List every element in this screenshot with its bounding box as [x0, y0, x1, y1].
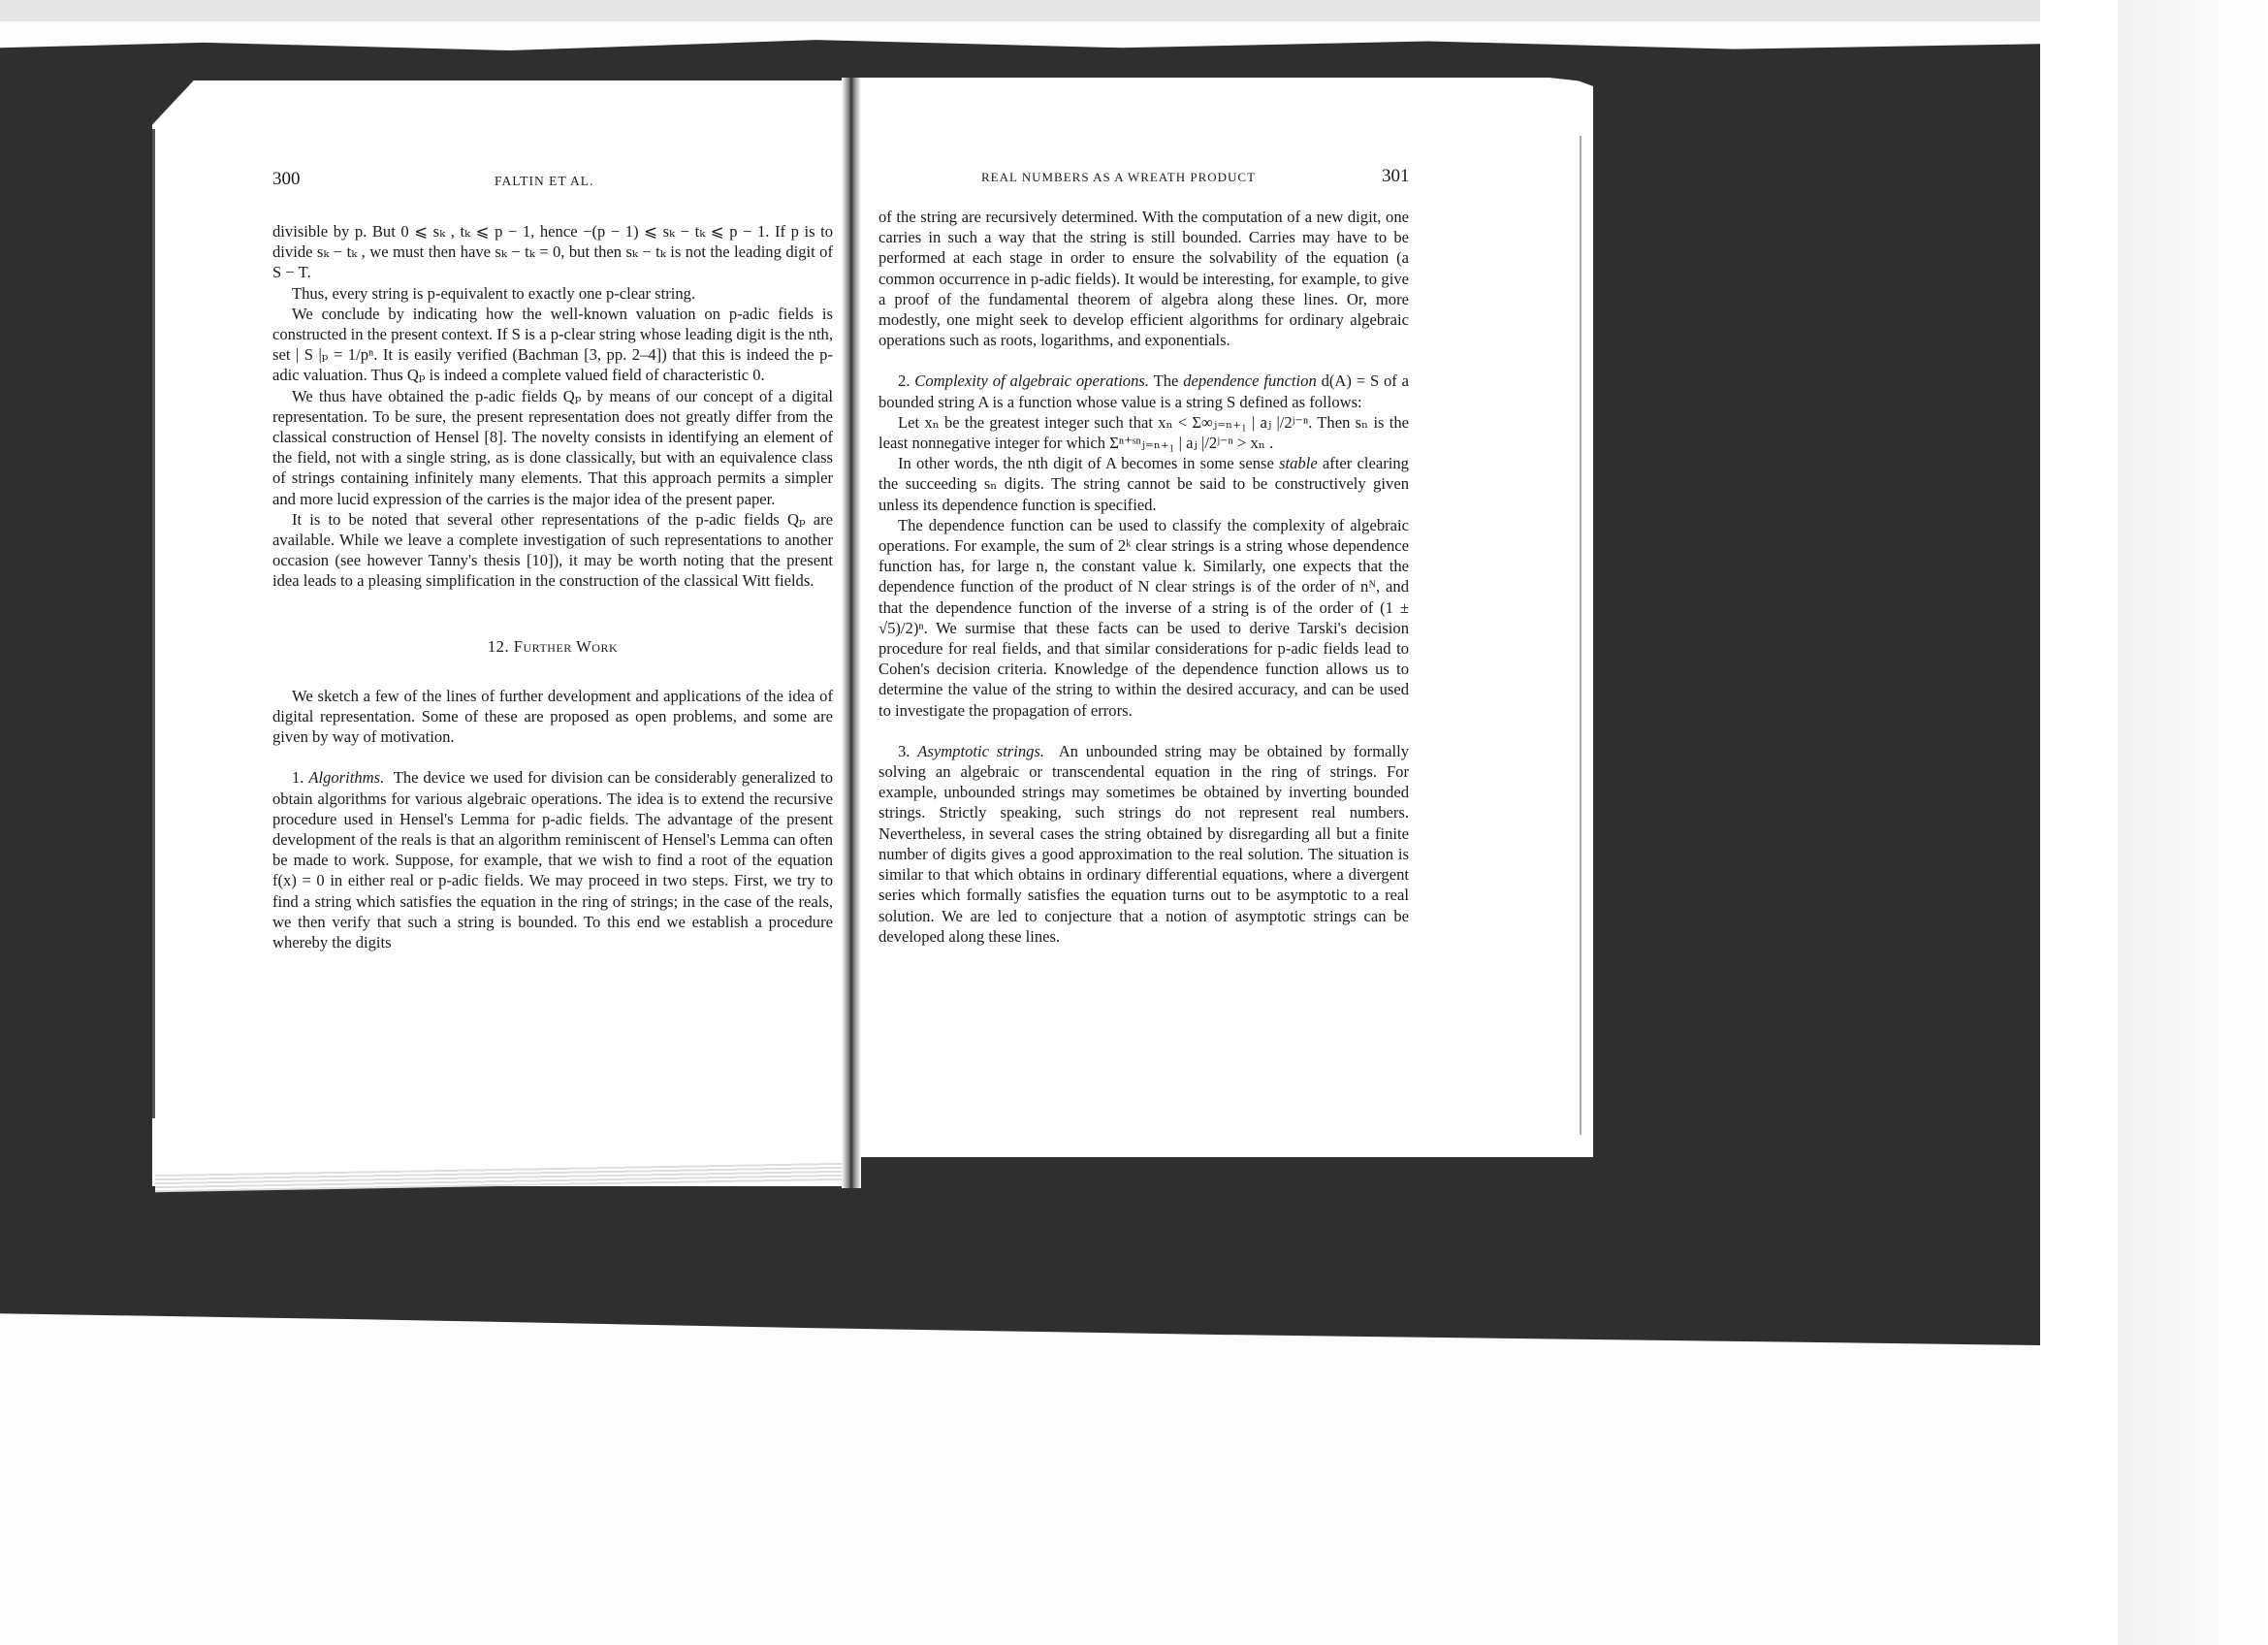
right-running-head: REAL NUMBERS AS A WREATH PRODUCT — [981, 170, 1256, 185]
item-title: Asymptotic strings. — [917, 742, 1044, 760]
book-spine — [842, 78, 861, 1188]
paragraph-asymptotic: 3. Asymptotic strings. An unbounded stri… — [878, 741, 1409, 947]
paragraph: Thus, every string is p-equivalent to ex… — [272, 283, 833, 304]
paragraph: It is to be noted that several other rep… — [272, 509, 833, 592]
section-heading: 12. Further Work — [272, 636, 833, 657]
item-number: 1. — [292, 768, 303, 787]
item-title: Algorithms. — [308, 768, 384, 787]
right-page-number: 301 — [1382, 166, 1410, 187]
paragraph: We thus have obtained the p-adic fields … — [272, 386, 833, 509]
paragraph: divisible by p. But 0 ⩽ sₖ , tₖ ⩽ p − 1,… — [272, 221, 833, 283]
scan-edge — [2118, 0, 2268, 1645]
item-title: Complexity of algebraic operations. — [914, 371, 1149, 390]
item-number: 2. — [898, 371, 910, 390]
item-text: The device we used for division can be c… — [272, 768, 833, 952]
paragraph: In other words, the nth digit of A becom… — [878, 453, 1409, 515]
item-number: 3. — [898, 742, 910, 760]
left-page-body: divisible by p. But 0 ⩽ sₖ , tₖ ⩽ p − 1,… — [272, 221, 833, 952]
right-page-body: of the string are recursively determined… — [878, 207, 1409, 947]
scanner-top-margin — [0, 0, 2040, 21]
formula-paragraph: Let xₙ be the greatest integer such that… — [878, 412, 1409, 453]
paragraph-complexity: 2. Complexity of algebraic operations. T… — [878, 371, 1409, 411]
left-page-number: 300 — [272, 169, 301, 190]
paragraph: We sketch a few of the lines of further … — [272, 686, 833, 748]
term: dependence function — [1183, 371, 1317, 390]
paragraph: The dependence function can be used to c… — [878, 515, 1409, 721]
left-running-head: FALTIN ET AL. — [495, 174, 593, 189]
paragraph-algorithms: 1. Algorithms. The device we used for di… — [272, 767, 833, 952]
paragraph: of the string are recursively determined… — [878, 207, 1409, 350]
scan-right-margin — [2040, 0, 2119, 1645]
paragraph: We conclude by indicating how the well-k… — [272, 304, 833, 386]
